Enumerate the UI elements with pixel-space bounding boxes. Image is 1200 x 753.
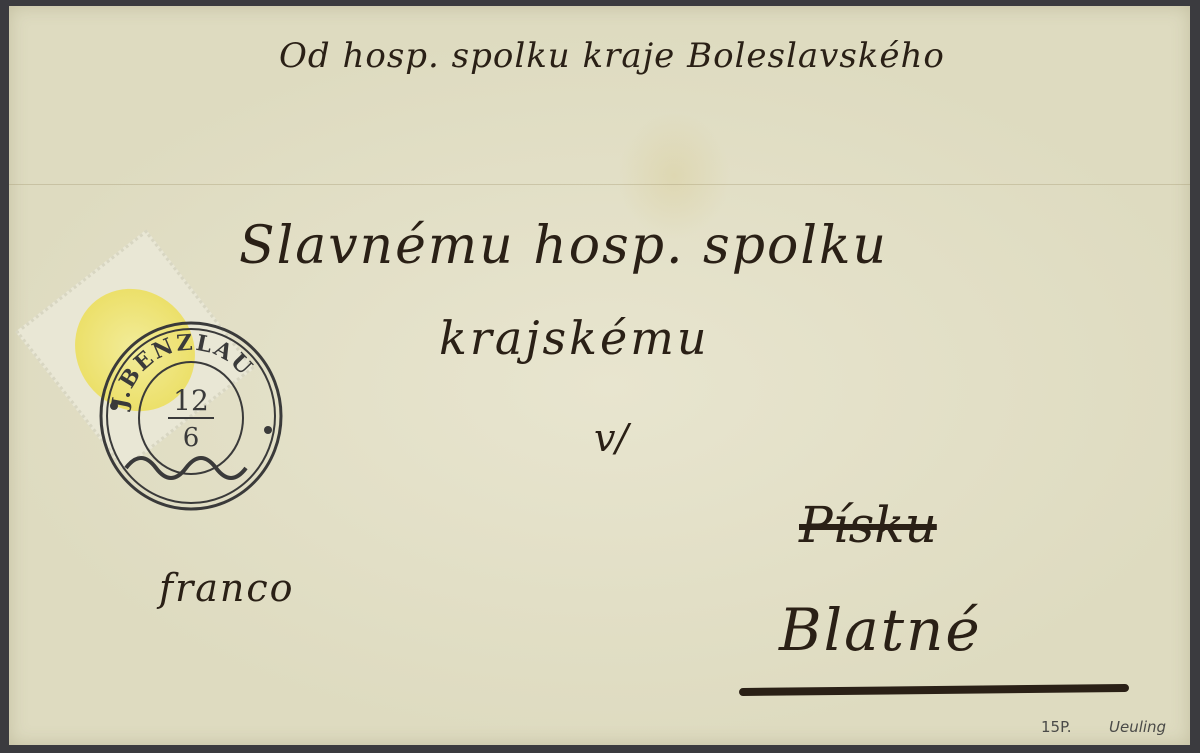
svg-text:6: 6 [183, 423, 200, 453]
fold-line [9, 184, 1190, 185]
postmark-icon: J.BENZLAU 12 6 [96, 318, 286, 514]
svg-text:12: 12 [173, 384, 209, 417]
struck-town: Písku [799, 496, 937, 554]
pencil-signature: Ueuling [1109, 718, 1166, 736]
destination-town: Blatné [779, 596, 982, 664]
address-line-2: krajskému [439, 311, 710, 365]
address-line-3: v/ [594, 416, 628, 460]
address-line-1: Slavnému hosp. spolku [239, 216, 888, 276]
pencil-code: 15P. [1041, 718, 1072, 736]
postmark-cancel: J.BENZLAU 12 6 [96, 318, 286, 514]
town-underline [739, 684, 1129, 696]
sender-line: Od hosp. spolku kraje Boleslavského [279, 36, 945, 76]
franco-note: franco [159, 566, 295, 610]
